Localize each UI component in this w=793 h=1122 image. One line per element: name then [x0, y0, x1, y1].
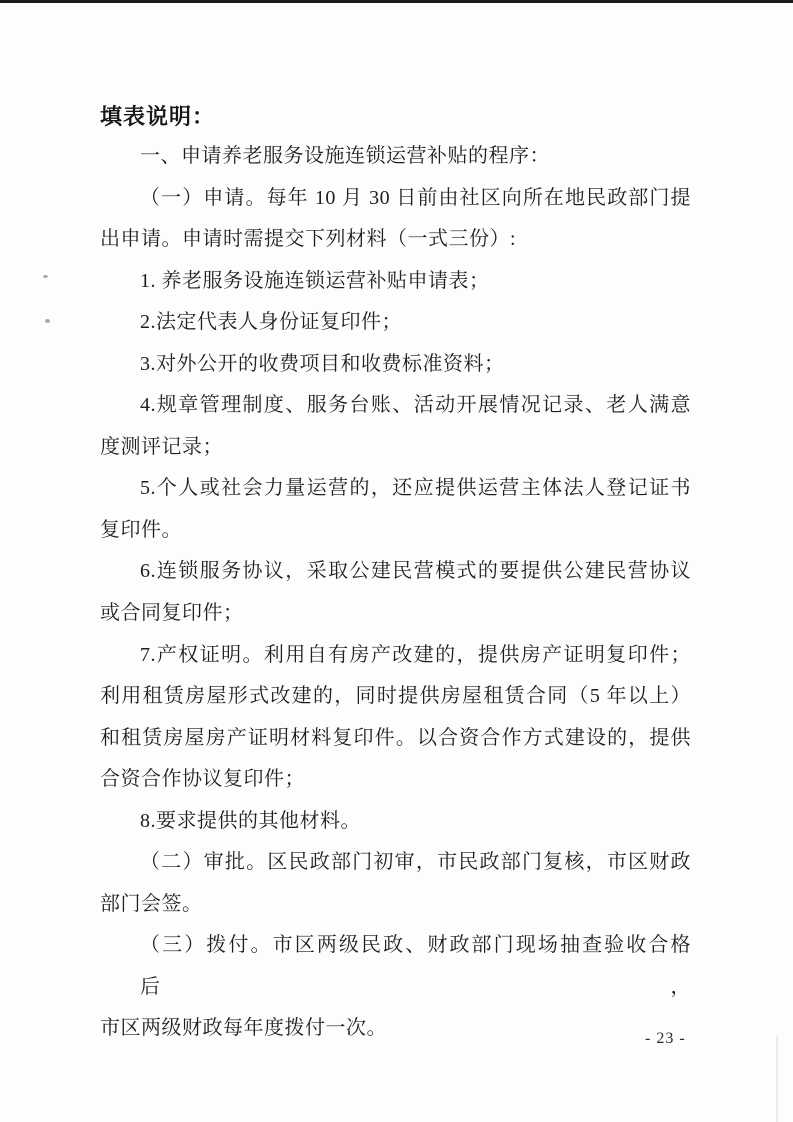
text-line-list-item: 8.要求提供的其他材料。 [100, 801, 691, 843]
text-line-list-item: 5.个人或社会力量运营的，还应提供运营主体法人登记证书 [100, 468, 691, 510]
scan-artifact-vertical-line [776, 1036, 778, 1122]
text-line-continuation: 和租赁房屋房产证明材料复印件。以合资合作方式建设的，提供 [100, 718, 691, 760]
page-number: - 23 - [645, 1029, 686, 1049]
text-line-continuation: 市区两级财政每年度拨付一次。 [100, 1008, 691, 1050]
text-line-continuation: 出申请。申请时需提交下列材料（一式三份）: [100, 219, 691, 261]
text-line-continuation: 或合同复印件； [100, 593, 691, 635]
text-line-para-start: （二）审批。区民政部门初审，市民政部门复核，市区财政 [100, 842, 691, 884]
text-line-para-start: 一、申请养老服务设施连锁运营补贴的程序： [100, 136, 691, 178]
text-line-list-item: 3.对外公开的收费项目和收费标准资料； [100, 344, 691, 386]
document-body: 一、申请养老服务设施连锁运营补贴的程序：（一）申请。每年 10 月 30 日前由… [100, 136, 691, 1050]
text-line-list-item: 6.连锁服务协议，采取公建民营模式的要提供公建民营协议 [100, 551, 691, 593]
text-line-para-start: （三）拨付。市区两级民政、财政部门现场抽查验收合格后， [100, 925, 691, 1008]
scan-artifact-top-edge [0, 0, 793, 3]
scanned-document-page: 填表说明： 一、申请养老服务设施连锁运营补贴的程序：（一）申请。每年 10 月 … [0, 0, 793, 1122]
text-line-continuation: 复印件。 [100, 510, 691, 552]
text-line-list-item: 7.产权证明。利用自有房产改建的，提供房产证明复印件； [100, 635, 691, 677]
text-line-continuation: 利用租赁房屋形式改建的，同时提供房屋租赁合同（5 年以上） [100, 676, 691, 718]
scan-speck [45, 319, 50, 323]
text-line-continuation: 合资合作协议复印件； [100, 759, 691, 801]
form-instructions-title: 填表说明： [100, 103, 215, 131]
text-line-continuation: 部门会签。 [100, 884, 691, 926]
scan-speck [43, 275, 48, 278]
text-line-para-start: （一）申请。每年 10 月 30 日前由社区向所在地民政部门提 [100, 178, 691, 220]
text-line-list-item: 2.法定代表人身份证复印件； [100, 302, 691, 344]
text-line-list-item: 4.规章管理制度、服务台账、活动开展情况记录、老人满意 [100, 385, 691, 427]
text-line-list-item: 1. 养老服务设施连锁运营补贴申请表； [100, 261, 691, 303]
text-line-continuation: 度测评记录； [100, 427, 691, 469]
